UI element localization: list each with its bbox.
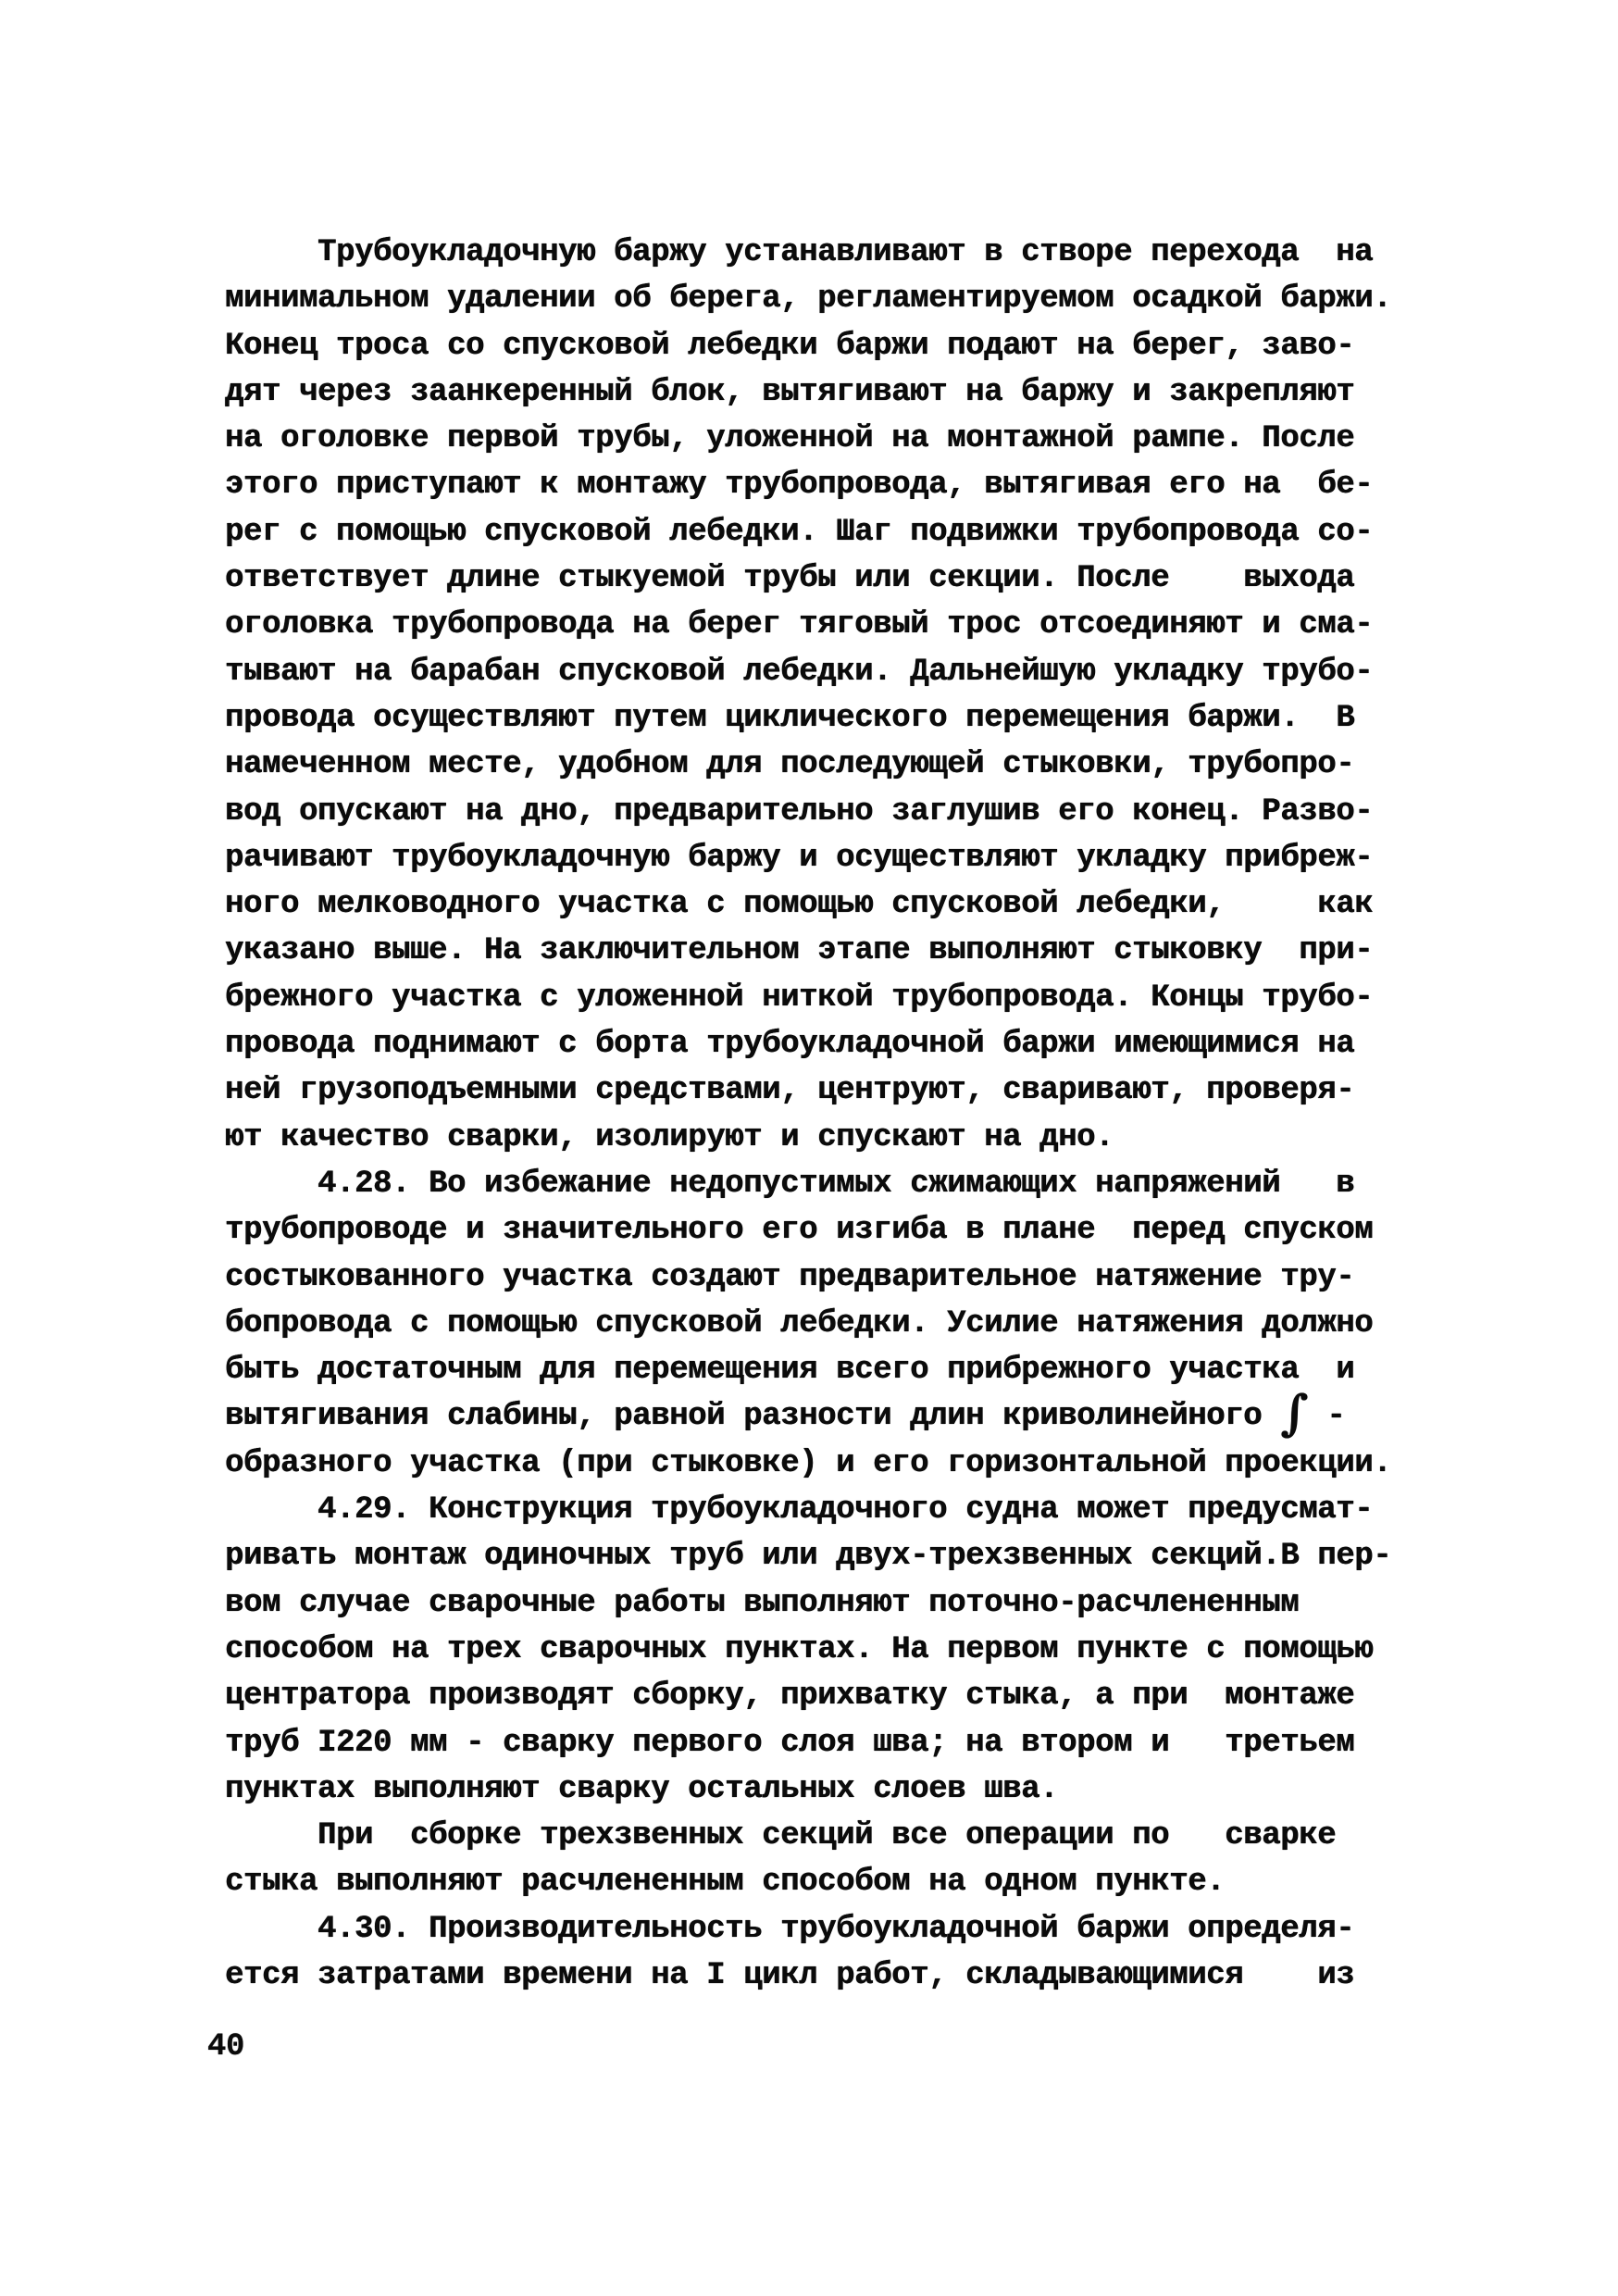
text-line: рачивают трубоукладочную баржу и осущест… [225, 835, 1456, 881]
text-line: ривать монтаж одиночных труб или двух-тр… [225, 1533, 1456, 1579]
text-line: тывают на барабан спусковой лебедки. Дал… [225, 649, 1456, 695]
text-line: ного мелководного участка с помощью спус… [225, 881, 1456, 928]
text-line: Конец троса со спусковой лебедки баржи п… [225, 323, 1456, 369]
page-number: 40 [207, 2029, 244, 2065]
text-block: Трубоукладочную баржу устанавливают в ст… [225, 230, 1456, 1999]
text-line: центратора производят сборку, прихватку … [225, 1673, 1456, 1719]
text-line: брежного участка с уложенной ниткой труб… [225, 975, 1456, 1021]
text-line: Трубоукладочную баржу устанавливают в ст… [225, 230, 1456, 276]
text-line: пунктах выполняют сварку остальных слоев… [225, 1766, 1456, 1813]
text-line: 4.28. Во избежание недопустимых сжимающи… [225, 1161, 1456, 1207]
text-line: вом случае сварочные работы выполняют по… [225, 1580, 1456, 1627]
text-line: этого приступают к монтажу трубопровода,… [225, 462, 1456, 508]
text-line: дят через заанкеренный блок, вытягивают … [225, 369, 1456, 416]
text-line: ответствует длине стыкуемой трубы или се… [225, 555, 1456, 602]
text-line: на оголовке первой трубы, уложенной на м… [225, 416, 1456, 462]
text-line: указано выше. На заключительном этапе вы… [225, 928, 1456, 974]
text-line: минимальном удалении об берега, регламен… [225, 276, 1456, 322]
text-line: быть достаточным для перемещения всего п… [225, 1347, 1456, 1393]
text-line: трубопроводе и значительного его изгиба … [225, 1207, 1456, 1254]
text-line: провода осуществляют путем циклического … [225, 695, 1456, 742]
text-line: бопровода с помощью спусковой лебедки. У… [225, 1301, 1456, 1347]
text-line: намеченном месте, удобном для последующе… [225, 742, 1456, 788]
text-line: провода поднимают с борта трубоукладочно… [225, 1021, 1456, 1067]
text-line: 4.29. Конструкция трубоукладочного судна… [225, 1487, 1456, 1533]
text-line: ется затратами времени на I цикл работ, … [225, 1953, 1456, 1999]
text-line: ют качество сварки, изолируют и спускают… [225, 1115, 1456, 1161]
text-line: состыкованного участка создают предварит… [225, 1254, 1456, 1301]
text-line: вытягивания слабины, равной разности дли… [225, 1393, 1456, 1440]
text-line: рег с помощью спусковой лебедки. Шаг под… [225, 509, 1456, 555]
text-line: При сборке трехзвенных секций все операц… [225, 1813, 1456, 1859]
document-page: Трубоукладочную баржу устанавливают в ст… [0, 0, 1618, 2296]
text-line: образного участка (при стыковке) и его г… [225, 1441, 1456, 1487]
text-line: способом на трех сварочных пунктах. На п… [225, 1627, 1456, 1673]
text-line: стыка выполняют расчлененным способом на… [225, 1859, 1456, 1905]
text-line: 4.30. Производительность трубоукладочной… [225, 1906, 1456, 1953]
text-line: труб I220 мм - сварку первого слоя шва; … [225, 1720, 1456, 1766]
text-line: вод опускают на дно, предварительно загл… [225, 789, 1456, 835]
handwritten-s-symbol: ∫ [1280, 1385, 1308, 1441]
text-line: ней грузоподъемными средствами, центруют… [225, 1067, 1456, 1114]
text-line: оголовка трубопровода на берег тяговый т… [225, 602, 1456, 648]
